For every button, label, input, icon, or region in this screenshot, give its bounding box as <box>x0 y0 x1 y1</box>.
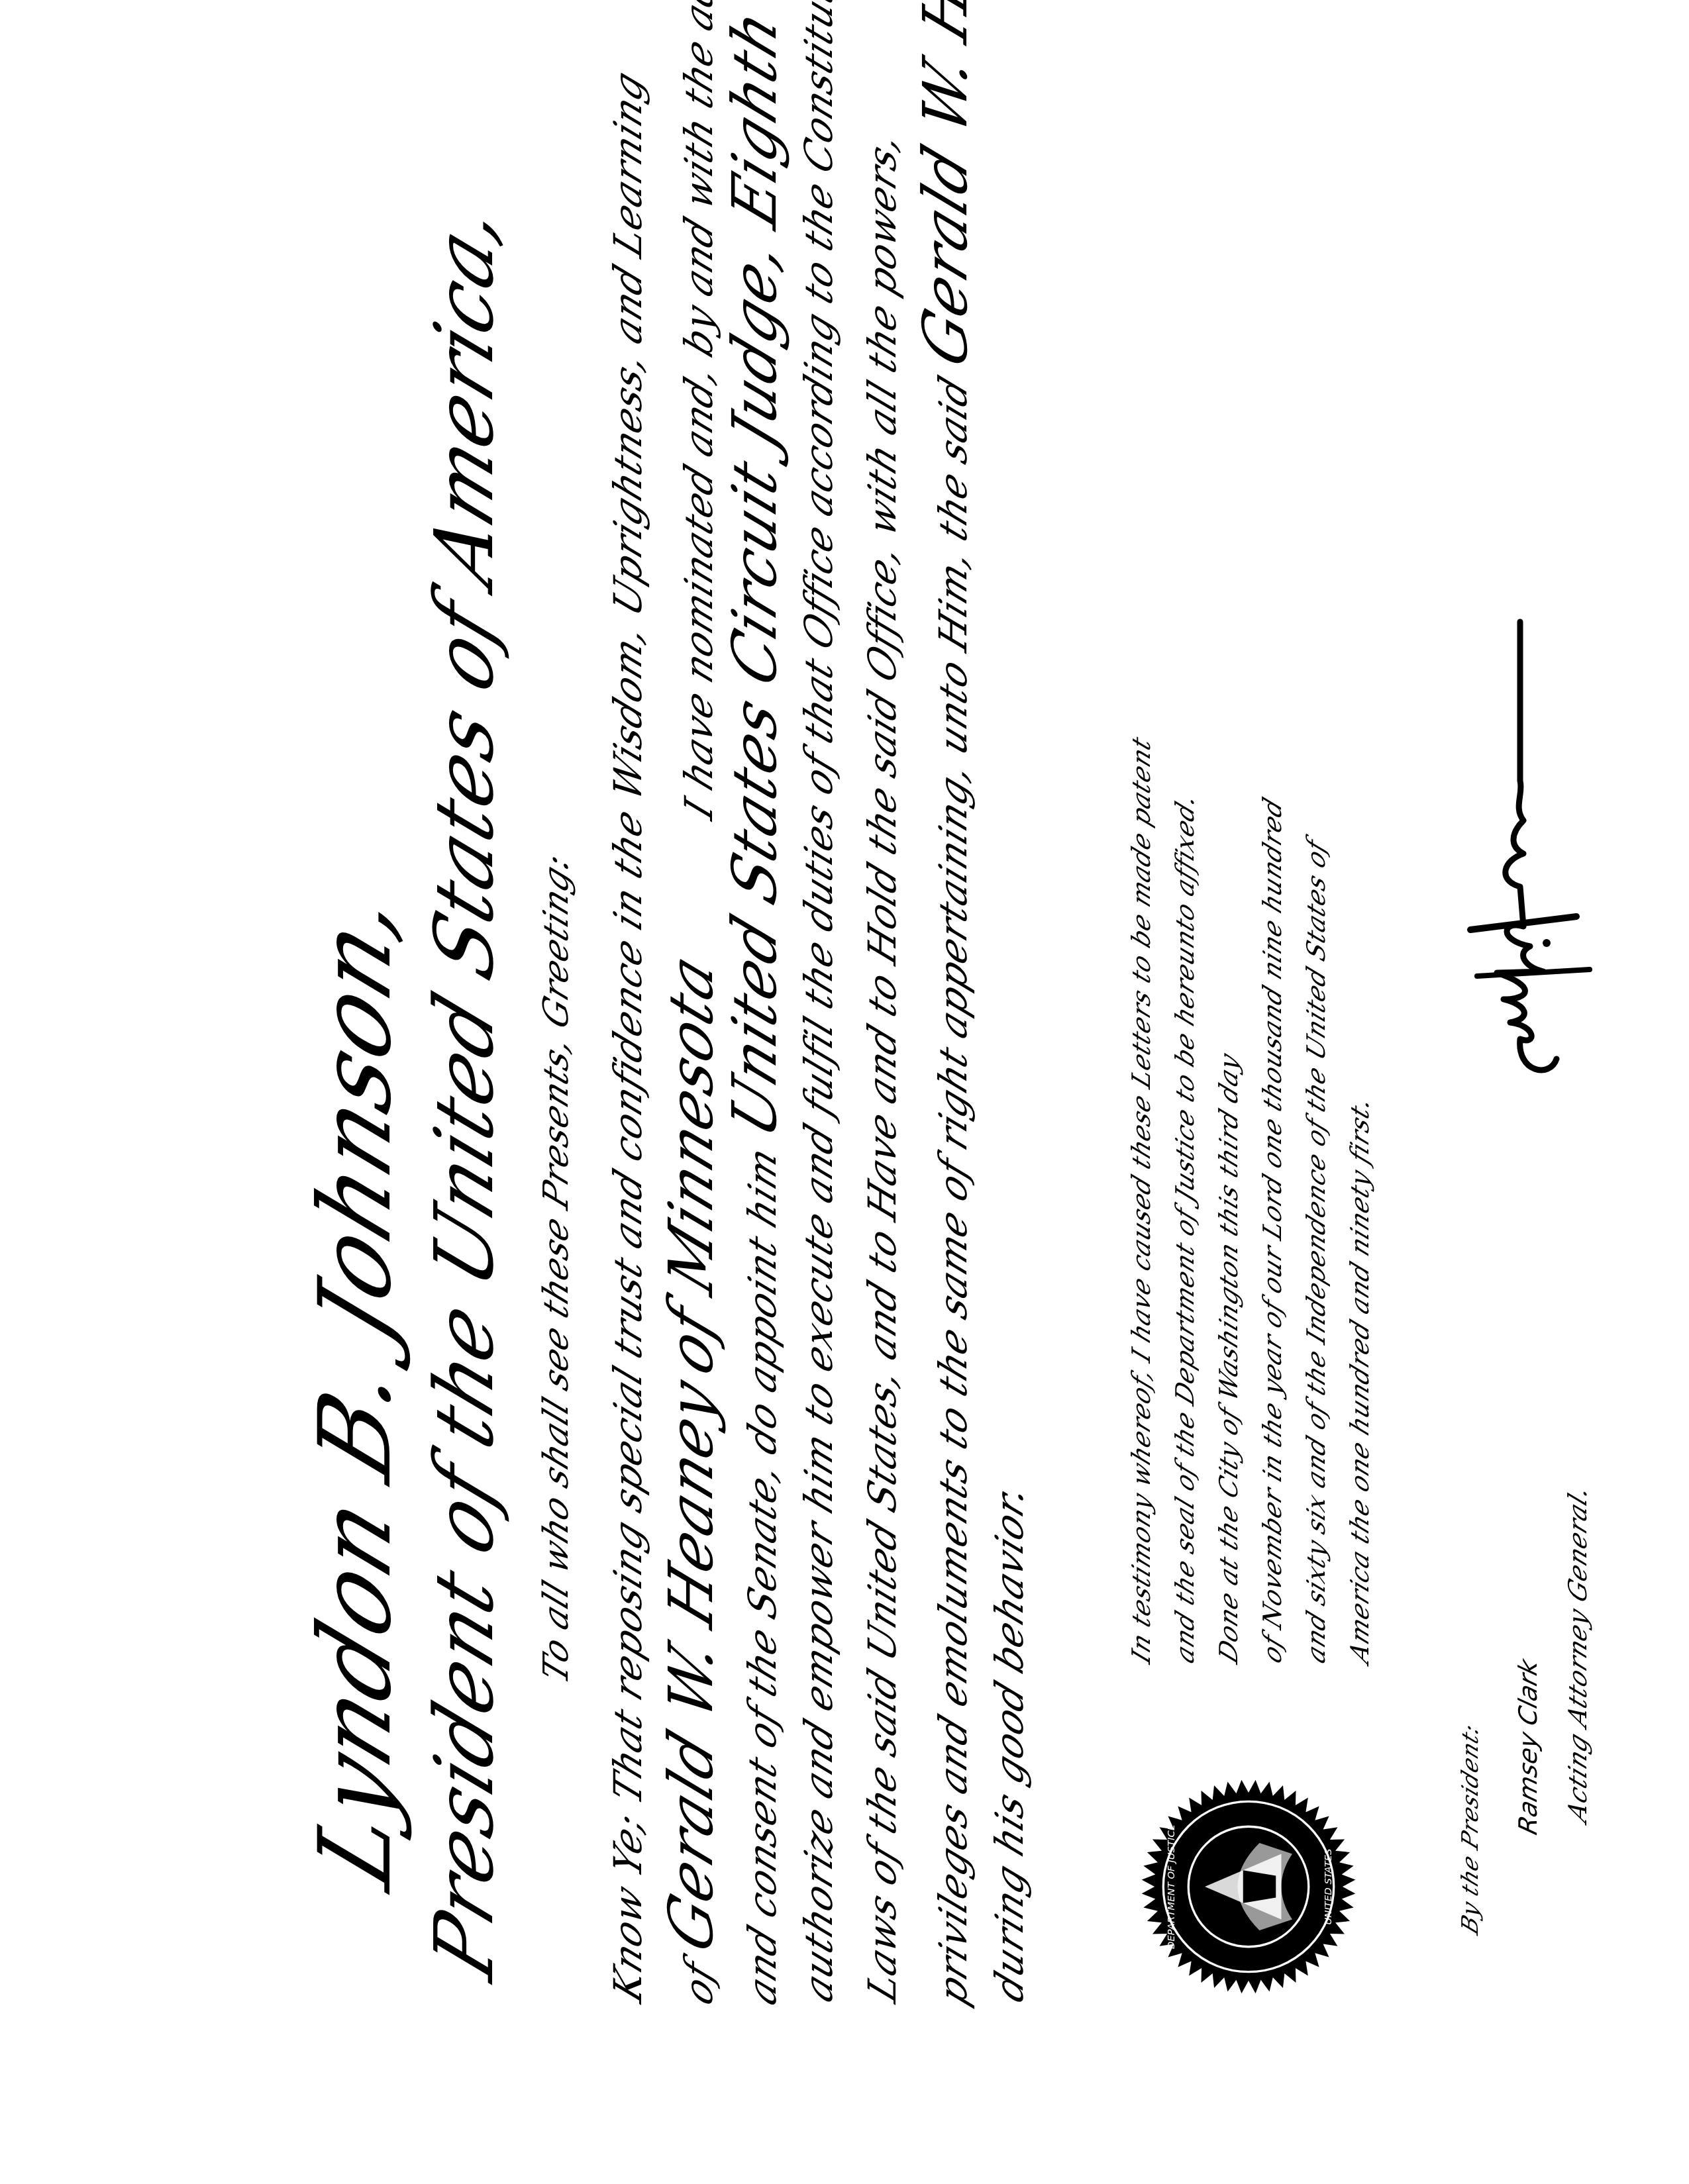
appointee-state: of Minnesota <box>656 944 727 1385</box>
appointee-name: Gerald W. Heaney <box>656 1369 727 1962</box>
body-line: privileges and emoluments to the same of… <box>914 232 978 2012</box>
document-page: Lyndon B. Johnson, President of the Unit… <box>0 0 1689 2184</box>
body-text: That reposing special trust and confiden… <box>605 64 650 1811</box>
president-signature-icon <box>1457 609 1610 1085</box>
body-line: during his good behavior. <box>978 232 1041 2012</box>
testimony-line: Done at the City of Washington this thir… <box>1207 726 1251 1671</box>
body-line: Laws of the said United States, and to H… <box>850 232 914 2012</box>
testimony-block: In testimony whereof, I have caused thes… <box>1119 734 1382 1662</box>
seal-icon: DEPARTMENT OF JUSTICE UNITED STATES <box>1139 1777 1358 1996</box>
body-text: I have nominated and, by and with the ad… <box>676 0 721 825</box>
testimony-line: and the seal of the Department of Justic… <box>1163 726 1207 1671</box>
title-president-name: Lyndon B. Johnson, <box>298 871 413 1903</box>
body-line: and consent of the Senate, do appoint hi… <box>723 232 787 2012</box>
svg-text:DEPARTMENT OF JUSTICE: DEPARTMENT OF JUSTICE <box>1165 1824 1177 1949</box>
appointment-title: United States Circuit Judge, Eighth Circ… <box>719 0 790 1148</box>
testimony-line: and sixty six and of the Independence of… <box>1294 726 1338 1671</box>
body-lead: of <box>676 1954 721 2011</box>
body-line: Know Ye; That reposing special trust and… <box>596 232 660 2012</box>
testimony-line: In testimony whereof, I have caused thes… <box>1119 726 1163 1671</box>
body-line: of Gerald W. Heaney of Minnesota I have … <box>660 232 723 2012</box>
svg-text:UNITED STATES: UNITED STATES <box>1322 1848 1334 1924</box>
commission-sheet: Lyndon B. Johnson, President of the Unit… <box>166 132 1523 2052</box>
attorney-general-title: Acting Attorney General. <box>1563 1480 1592 1826</box>
body-lead: Know Ye; <box>605 1805 650 2008</box>
body-line: authorize and empower him to execute and… <box>787 232 850 2012</box>
appointee-name: Gerald W. Heaney <box>910 0 981 377</box>
by-the-president: By the President: <box>1457 1719 1484 1938</box>
testimony-line: America the one hundred and ninety first… <box>1338 726 1382 1671</box>
body-text: and consent of the Senate, do appoint hi… <box>740 1140 785 2011</box>
title-office: President of the United States of Americ… <box>417 188 511 1991</box>
testimony-line: of November in the year of our Lord one … <box>1251 726 1294 1671</box>
commission-body: Know Ye; That reposing special trust and… <box>596 244 1041 1999</box>
greeting-line: To all who shall see these Presents, Gre… <box>537 847 576 1689</box>
attorney-general-signature: Ramsey Clark <box>1513 1656 1543 1838</box>
body-text: privileges and emoluments to the same of… <box>931 370 976 2011</box>
